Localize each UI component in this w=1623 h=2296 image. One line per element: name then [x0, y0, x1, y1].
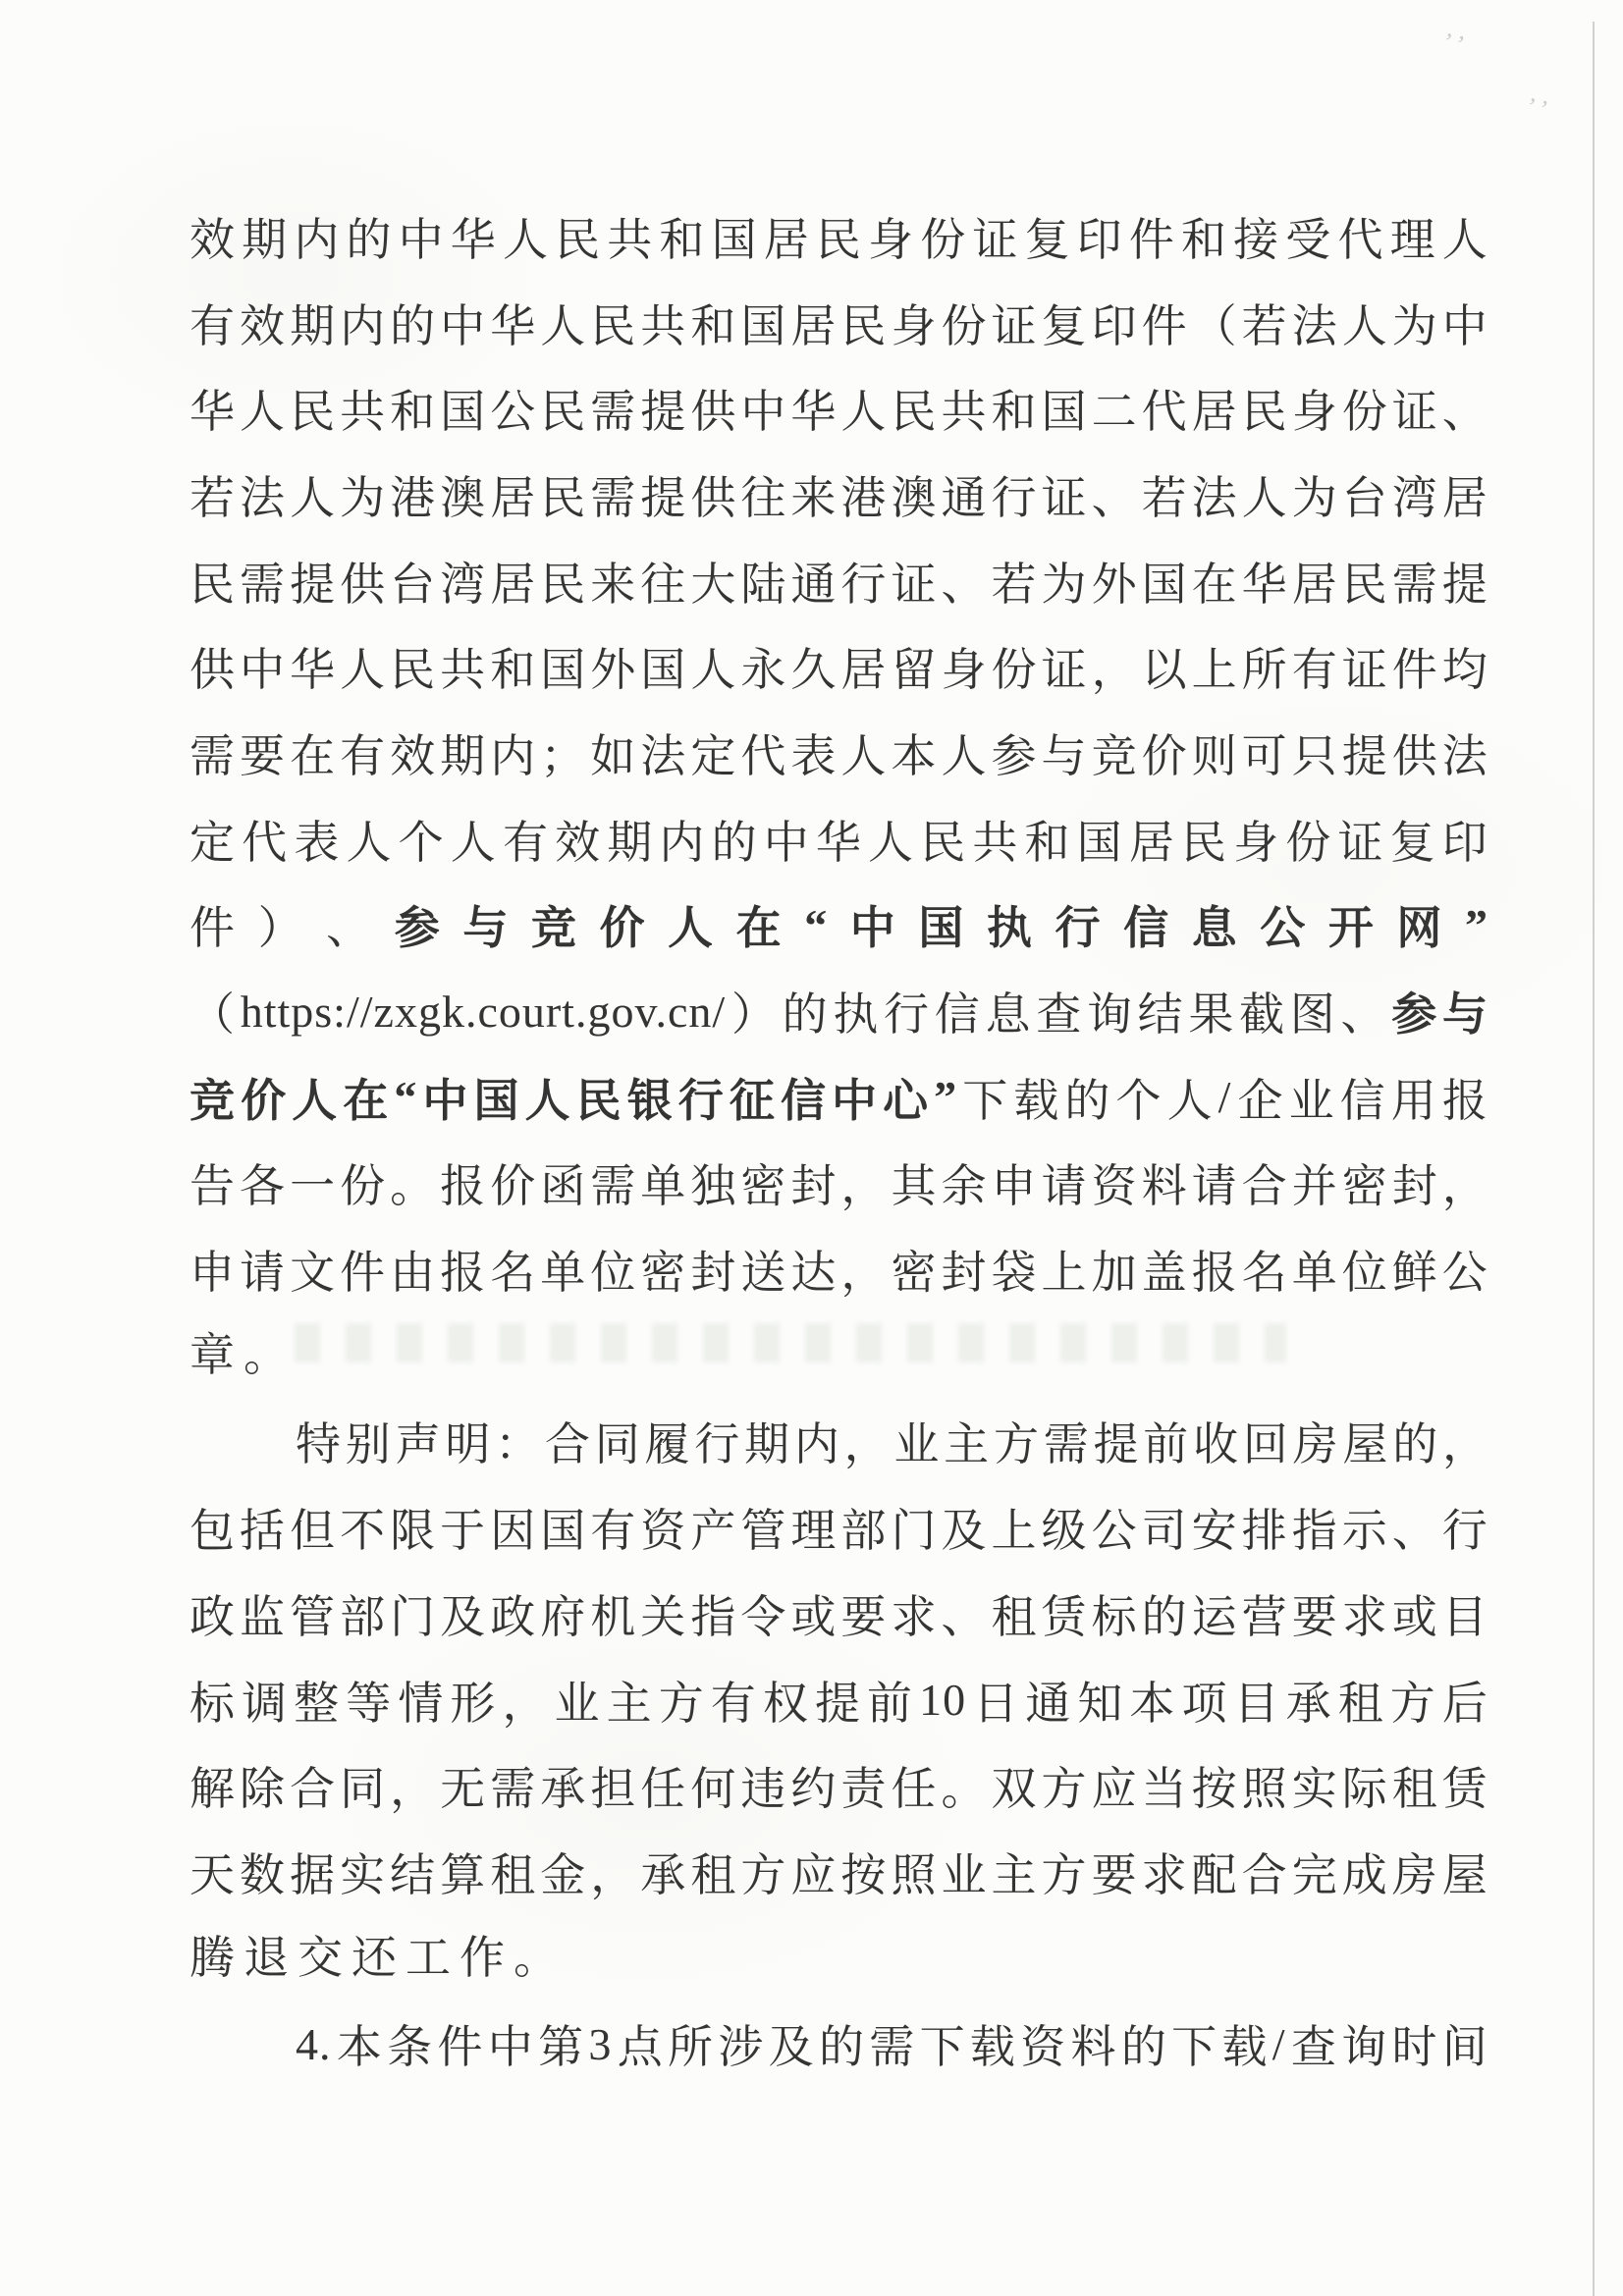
cjk-char: 级: [1042, 1495, 1087, 1560]
cjk-char: 提: [640, 376, 685, 441]
cjk-char: 同: [340, 1753, 385, 1818]
latin-token: 3: [588, 2018, 612, 2070]
cjk-char: 中: [850, 892, 895, 957]
cjk-char: 信: [935, 979, 980, 1043]
latin-token: https://zxgk.court.gov.cn/: [241, 986, 726, 1038]
cjk-char: 方: [740, 1840, 785, 1904]
cjk-char: 人: [1342, 291, 1387, 355]
cjk-char: 中: [764, 807, 809, 872]
cjk-char: 承: [640, 1840, 685, 1904]
cjk-char: 人: [690, 634, 735, 699]
cjk-char: 按: [1192, 1753, 1237, 1818]
cjk-char: 交: [298, 1915, 352, 2002]
cjk-char: 知: [1077, 1668, 1122, 1733]
cjk-char: 查: [1036, 979, 1081, 1043]
cjk-char: 行: [678, 1065, 724, 1130]
cjk-char: 结: [390, 1840, 435, 1904]
cjk-char: 居: [790, 291, 836, 355]
text-line: 特别声明：合同履行期内，业主方需提前收回房屋的，: [189, 1399, 1488, 1485]
cjk-char: 前: [867, 1668, 912, 1733]
cjk-char: 除: [240, 1753, 285, 1818]
cjk-char: 封: [690, 1237, 735, 1302]
cjk-char: 租: [992, 1581, 1037, 1646]
cjk-char: 竞: [531, 892, 576, 957]
cjk-char: 点: [618, 2011, 663, 2076]
cjk-char: 共: [972, 807, 1017, 872]
cjk-char: 与: [462, 892, 508, 957]
cjk-char: 定: [189, 807, 235, 872]
cjk-char: 人: [840, 721, 886, 785]
cjk-char: 外: [1092, 549, 1137, 614]
cjk-char: 密: [1342, 1150, 1387, 1215]
cjk-char: （: [1192, 291, 1237, 355]
cjk-char: 人: [451, 807, 496, 872]
cjk-char: 内: [294, 204, 339, 269]
cjk-char: 标: [189, 1668, 235, 1733]
cjk-char: 共: [607, 204, 652, 269]
cjk-char: 企: [1238, 1065, 1283, 1130]
cjk-char: 的: [783, 979, 828, 1043]
cjk-char: 中: [1442, 291, 1488, 355]
cjk-char: 房: [1293, 1409, 1338, 1473]
cjk-char: 封: [790, 1150, 836, 1215]
cjk-char: 行: [884, 979, 929, 1043]
cjk-char: 需: [590, 1150, 635, 1215]
cjk-char: 华: [790, 376, 836, 441]
latin-token: 10: [919, 1674, 966, 1726]
cjk-char: 业: [941, 1840, 986, 1904]
cjk-char: 政: [490, 1581, 535, 1646]
cjk-char: 期: [242, 204, 287, 269]
cjk-char: 国: [540, 1495, 585, 1560]
cjk-char: 目: [1442, 1581, 1488, 1646]
cjk-char: 要: [240, 721, 285, 785]
cjk-char: 租: [690, 1840, 735, 1904]
cjk-char: 料: [1071, 2011, 1116, 2076]
cjk-char: 份: [920, 204, 965, 269]
cjk-char: 通: [941, 462, 986, 527]
cjk-char: 提: [640, 462, 685, 527]
cjk-char: 和: [390, 376, 435, 441]
cjk-char: 参: [992, 721, 1037, 785]
cjk-char: 情: [398, 1668, 443, 1733]
cjk-char: 载: [1013, 1065, 1058, 1130]
cjk-char: 由: [390, 1237, 435, 1302]
cjk-char: 业: [555, 1668, 600, 1733]
cjk-char: 在: [1192, 549, 1237, 614]
cjk-char: 行: [1055, 892, 1101, 957]
text-line: 民需提供台湾居民来往大陆通行证、若为外国在华居民需提: [189, 538, 1488, 624]
text-line: 若法人为港澳居民需提供往来港澳通行证、若法人为台湾居: [189, 452, 1488, 538]
cjk-char: 竞: [1092, 721, 1137, 785]
cjk-char: 单: [640, 1150, 685, 1215]
cjk-char: 以: [1142, 634, 1187, 699]
cjk-char: 责: [840, 1753, 886, 1818]
cjk-char: 为: [1042, 549, 1087, 614]
cjk-char: 申: [189, 1237, 235, 1302]
cjk-char: 合: [1242, 1840, 1287, 1904]
cjk-char: 承: [1286, 1668, 1331, 1733]
cjk-char: 下: [920, 2011, 965, 2076]
cjk-char: 关: [640, 1581, 685, 1646]
cjk-char: 下: [1171, 2011, 1217, 2076]
cjk-char: 合: [1242, 1150, 1287, 1215]
cjk-char: 港: [840, 462, 886, 527]
cjk-char: 证: [972, 204, 1017, 269]
cjk-char: 限: [390, 1495, 435, 1560]
cjk-char: 份: [1342, 376, 1387, 441]
cjk-char: 包: [189, 1495, 235, 1560]
cjk-char: 法: [240, 462, 285, 527]
cjk-char: 第: [538, 2011, 583, 2076]
cjk-char: 营: [1242, 1581, 1287, 1646]
cjk-char: 若: [992, 549, 1037, 614]
cjk-char: 方: [994, 1409, 1039, 1473]
cjk-char: 民: [290, 376, 335, 441]
text-line: 华人民共和国公民需提供中华人民共和国二代居民身份证、: [189, 365, 1488, 452]
cjk-char: 完: [1292, 1840, 1337, 1904]
cjk-char: 达: [790, 1237, 836, 1302]
cjk-char: 件: [189, 892, 235, 957]
cjk-char: 赁: [1042, 1581, 1087, 1646]
cjk-char: 标: [1092, 1581, 1137, 1646]
cjk-char: 截: [1239, 979, 1284, 1043]
cjk-char: 载: [1221, 2011, 1267, 2076]
cjk-char: 期: [440, 721, 485, 785]
cjk-char: 安: [1192, 1495, 1237, 1560]
cjk-char: 成: [1342, 1840, 1387, 1904]
cjk-char: 港: [390, 462, 435, 527]
cjk-char: 湾: [440, 549, 485, 614]
cjk-char: 作: [460, 1915, 514, 2002]
cjk-char: 国: [712, 204, 757, 269]
cjk-char: 应: [1092, 1753, 1137, 1818]
cjk-char: 密: [891, 1237, 936, 1302]
cjk-char: 接: [1233, 204, 1278, 269]
cjk-char: 和: [1025, 807, 1070, 872]
cjk-char: 袋: [992, 1237, 1037, 1302]
cjk-char: 位: [1342, 1237, 1387, 1302]
cjk-char: 加: [1092, 1237, 1137, 1302]
cjk-char: 个: [1115, 1065, 1161, 1130]
cjk-char: 部: [340, 1581, 385, 1646]
cjk-char: ，: [590, 1840, 635, 1904]
text-line: 供中华人民共和国外国人永久居留身份证，以上所有证件均: [189, 623, 1488, 710]
cjk-char: 项: [1181, 1668, 1226, 1733]
cjk-char: 件: [1129, 204, 1174, 269]
cjk-char: 华: [451, 204, 496, 269]
cjk-char: 主: [944, 1409, 989, 1473]
cjk-char: 在: [343, 1065, 388, 1130]
cjk-char: 的: [1064, 1065, 1109, 1130]
cjk-char: 运: [1192, 1581, 1237, 1646]
text-line: 申请文件由报名单位密封送达，密封袋上加盖报名单位鲜公: [189, 1226, 1488, 1312]
cjk-char: 门: [891, 1495, 936, 1560]
cjk-char: ，: [844, 1409, 890, 1473]
cjk-char: ，: [840, 1150, 886, 1215]
cjk-char: 供: [340, 549, 385, 614]
cjk-char: 实: [340, 1840, 385, 1904]
cjk-char: 整: [294, 1668, 339, 1733]
document-page: 效期内的中华人民共和国居民身份证复印件和接受代理人有效期内的中华人民共和国居民身…: [0, 0, 1623, 2296]
cjk-char: 因: [490, 1495, 535, 1560]
cjk-char: 管: [290, 1581, 335, 1646]
cjk-char: 担: [590, 1753, 635, 1818]
cjk-char: 求: [1142, 1840, 1187, 1904]
cjk-char: 国: [1042, 376, 1087, 441]
cjk-char: 若: [1142, 462, 1187, 527]
cjk-char: 民: [1242, 376, 1287, 441]
cjk-char: 密: [640, 1237, 685, 1302]
cjk-char: 上: [1042, 1237, 1087, 1302]
cjk-char: 封: [1392, 1150, 1437, 1215]
cjk-char: 在: [736, 892, 782, 957]
cjk-char: 业: [1289, 1065, 1334, 1130]
cjk-char: ；: [540, 721, 585, 785]
text-line: 腾退交还工作。: [189, 1915, 1488, 2002]
cjk-char: 效: [240, 291, 285, 355]
cjk-char: 台: [390, 549, 435, 614]
cjk-char: 国: [440, 376, 485, 441]
latin-token: /: [1218, 1071, 1232, 1123]
cjk-char: 无: [440, 1753, 485, 1818]
cjk-char: “: [804, 899, 827, 951]
cjk-char: 华: [290, 634, 335, 699]
cjk-char: 特: [296, 1409, 341, 1473]
cjk-char: 告: [189, 1150, 235, 1215]
cjk-char: 名: [1242, 1237, 1287, 1302]
text-line: 竞价人在“中国人民银行征信中心”下载的个人/企业信用报: [189, 1054, 1488, 1141]
cjk-char: 上: [1192, 634, 1237, 699]
cjk-char: 。: [390, 1150, 435, 1215]
cjk-char: 或: [1392, 1581, 1437, 1646]
cjk-char: 料: [1142, 1150, 1187, 1215]
cjk-char: 屋: [1442, 1840, 1488, 1904]
cjk-char: 等: [346, 1668, 391, 1733]
cjk-char: ，: [840, 1237, 886, 1302]
cjk-char: 任: [891, 1753, 936, 1818]
cjk-char: 居: [764, 204, 809, 269]
cjk-char: 不: [340, 1495, 385, 1560]
cjk-char: 人: [1167, 1065, 1213, 1130]
cjk-char: 为: [1392, 291, 1437, 355]
cjk-char: 资: [1020, 2011, 1065, 2076]
cjk-char: 屋: [1342, 1409, 1387, 1473]
cjk-char: 报: [1442, 1065, 1488, 1130]
cjk-char: 身: [868, 204, 913, 269]
cjk-char: 中: [422, 1065, 467, 1130]
cjk-char: 求: [1342, 1581, 1387, 1646]
cjk-char: 封: [941, 1237, 986, 1302]
cjk-char: 人: [346, 807, 391, 872]
cjk-char: 报: [440, 1237, 485, 1302]
cjk-char: 本: [1129, 1668, 1174, 1733]
cjk-char: 所: [1242, 634, 1287, 699]
cjk-char: 在: [290, 721, 335, 785]
cjk-char: 双: [992, 1753, 1037, 1818]
cjk-char: 的: [346, 204, 391, 269]
cjk-char: 提: [1094, 1409, 1139, 1473]
text-line: 天数据实结算租金，承租方应按照业主方要求配合完成房屋: [189, 1829, 1488, 1915]
cjk-char: 需: [490, 1753, 535, 1818]
cjk-char: 证: [992, 291, 1037, 355]
cjk-char: 本: [337, 2011, 382, 2076]
cjk-char: 权: [763, 1668, 808, 1733]
cjk-char: 何: [690, 1753, 735, 1818]
cjk-char: 方: [1390, 1668, 1435, 1733]
cjk-char: 证: [1337, 807, 1382, 872]
cjk-char: 中: [488, 2011, 533, 2076]
cjk-char: 参: [1391, 979, 1436, 1043]
cjk-char: 资: [640, 1495, 685, 1560]
cjk-char: 天: [189, 1840, 235, 1904]
cjk-char: 别: [346, 1409, 391, 1473]
cjk-char: 身: [891, 291, 936, 355]
cjk-char: 中: [240, 634, 285, 699]
cjk-char: 需: [189, 721, 235, 785]
text-line: 政监管部门及政府机关指令或要求、租赁标的运营要求或目: [189, 1571, 1488, 1657]
cjk-char: 供: [690, 376, 735, 441]
cjk-char: 行: [992, 462, 1037, 527]
cjk-char: 中: [440, 291, 485, 355]
stray-scan-mark: ʼʼ: [1440, 27, 1471, 62]
cjk-char: 用: [1391, 1065, 1436, 1130]
latin-token: /: [1272, 2018, 1286, 2070]
cjk-char: 租: [1338, 1668, 1383, 1733]
cjk-char: 收: [1193, 1409, 1238, 1473]
cjk-char: 民: [840, 291, 886, 355]
cjk-char: 国: [740, 291, 785, 355]
cjk-char: 的: [1142, 1581, 1187, 1646]
cjk-char: ）: [731, 979, 777, 1043]
cjk-char: 结: [1138, 979, 1183, 1043]
cjk-char: 中: [832, 1065, 877, 1130]
cjk-char: 身: [941, 634, 986, 699]
cjk-char: 外: [590, 634, 635, 699]
scanner-edge-line: [1593, 22, 1595, 2296]
cjk-char: 人: [668, 892, 713, 957]
cjk-char: 方: [1042, 1840, 1087, 1904]
cjk-char: 执: [833, 979, 878, 1043]
cjk-char: 民: [576, 1065, 622, 1130]
cjk-char: 人: [240, 376, 285, 441]
cjk-char: 居: [1192, 376, 1237, 441]
cjk-char: 政: [189, 1581, 235, 1646]
cjk-char: ，: [1442, 1409, 1488, 1473]
cjk-char: 行: [840, 549, 886, 614]
text-line: 标调整等情形，业主方有权提前10日通知本项目承租方后: [189, 1657, 1488, 1743]
cjk-char: 要: [1092, 1840, 1137, 1904]
cjk-char: 共: [640, 291, 685, 355]
cjk-char: 形: [450, 1668, 495, 1733]
cjk-char: 、: [1092, 462, 1137, 527]
cjk-char: 府: [540, 1581, 585, 1646]
cjk-char: ”: [1465, 899, 1488, 951]
cjk-char: 内: [659, 807, 704, 872]
cjk-char: 复: [1042, 291, 1087, 355]
cjk-char: 的: [712, 807, 757, 872]
cjk-char: 表: [294, 807, 339, 872]
cjk-char: 共: [440, 634, 485, 699]
cjk-char: 需: [240, 549, 285, 614]
cjk-char: 表: [790, 721, 836, 785]
cjk-char: 印: [1092, 291, 1137, 355]
cjk-char: 行: [1442, 1495, 1488, 1560]
cjk-char: 文: [290, 1237, 335, 1302]
cjk-char: 中: [740, 376, 785, 441]
cjk-char: 方: [1042, 1753, 1087, 1818]
cjk-char: 、: [1341, 979, 1386, 1043]
cjk-char: 数: [240, 1840, 285, 1904]
cjk-char: 供: [1392, 721, 1437, 785]
cjk-char: 久: [790, 634, 836, 699]
cjk-char: 中: [399, 204, 444, 269]
cjk-char: 心: [883, 1065, 928, 1130]
cjk-char: 人: [868, 807, 913, 872]
cjk-char: 开: [1328, 892, 1374, 957]
cjk-char: 约: [790, 1753, 836, 1818]
cjk-char: 件: [437, 2011, 482, 2076]
cjk-char: 和: [992, 376, 1037, 441]
cjk-char: 有: [1292, 634, 1337, 699]
cjk-char: 证: [1342, 634, 1387, 699]
cjk-char: 份: [941, 291, 986, 355]
cjk-char: 同: [595, 1409, 640, 1473]
cjk-char: 机: [590, 1581, 635, 1646]
cjk-char: 业: [893, 1409, 939, 1473]
cjk-char: 民: [1342, 549, 1387, 614]
cjk-char: 公: [1260, 892, 1305, 957]
cjk-char: 回: [1243, 1409, 1288, 1473]
cjk-char: 但: [290, 1495, 335, 1560]
cjk-char: 并: [1292, 1150, 1337, 1215]
cjk-char: 与: [1042, 721, 1087, 785]
text-line: 有效期内的中华人民共和国居民身份证复印件（若法人为中: [189, 280, 1488, 366]
cjk-char: 台: [1342, 462, 1387, 527]
cjk-char: 一: [290, 1150, 335, 1215]
cjk-char: 履: [644, 1409, 689, 1473]
cjk-char: 管: [740, 1495, 785, 1560]
cjk-char: 期: [290, 291, 335, 355]
cjk-char: 明: [445, 1409, 490, 1473]
cjk-char: 房: [1392, 1840, 1437, 1904]
cjk-char: ：: [495, 1409, 540, 1473]
bleed-through-artifact: [295, 1323, 1286, 1362]
cjk-char: 人: [340, 634, 385, 699]
cjk-char: 果: [1188, 979, 1233, 1043]
cjk-char: 留: [891, 634, 936, 699]
cjk-char: 华: [189, 376, 235, 441]
cjk-char: 息: [985, 979, 1030, 1043]
cjk-char: 独: [690, 1150, 735, 1215]
cjk-char: 人: [292, 1065, 337, 1130]
cjk-char: 提: [815, 1668, 860, 1733]
cjk-char: 密: [740, 1150, 785, 1215]
cjk-char: 按: [840, 1840, 886, 1904]
cjk-char: 租: [1392, 1753, 1437, 1818]
cjk-char: 华: [490, 291, 535, 355]
cjk-char: 请: [240, 1237, 285, 1302]
cjk-char: 份: [992, 634, 1037, 699]
cjk-char: 公: [490, 376, 535, 441]
cjk-char: 若: [189, 462, 235, 527]
cjk-char: 为: [1292, 462, 1337, 527]
cjk-char: 目: [1234, 1668, 1279, 1733]
cjk-char: 令: [740, 1581, 785, 1646]
cjk-char: 据: [290, 1840, 335, 1904]
cjk-char: 证: [1392, 376, 1437, 441]
cjk-char: 鲜: [1392, 1237, 1437, 1302]
